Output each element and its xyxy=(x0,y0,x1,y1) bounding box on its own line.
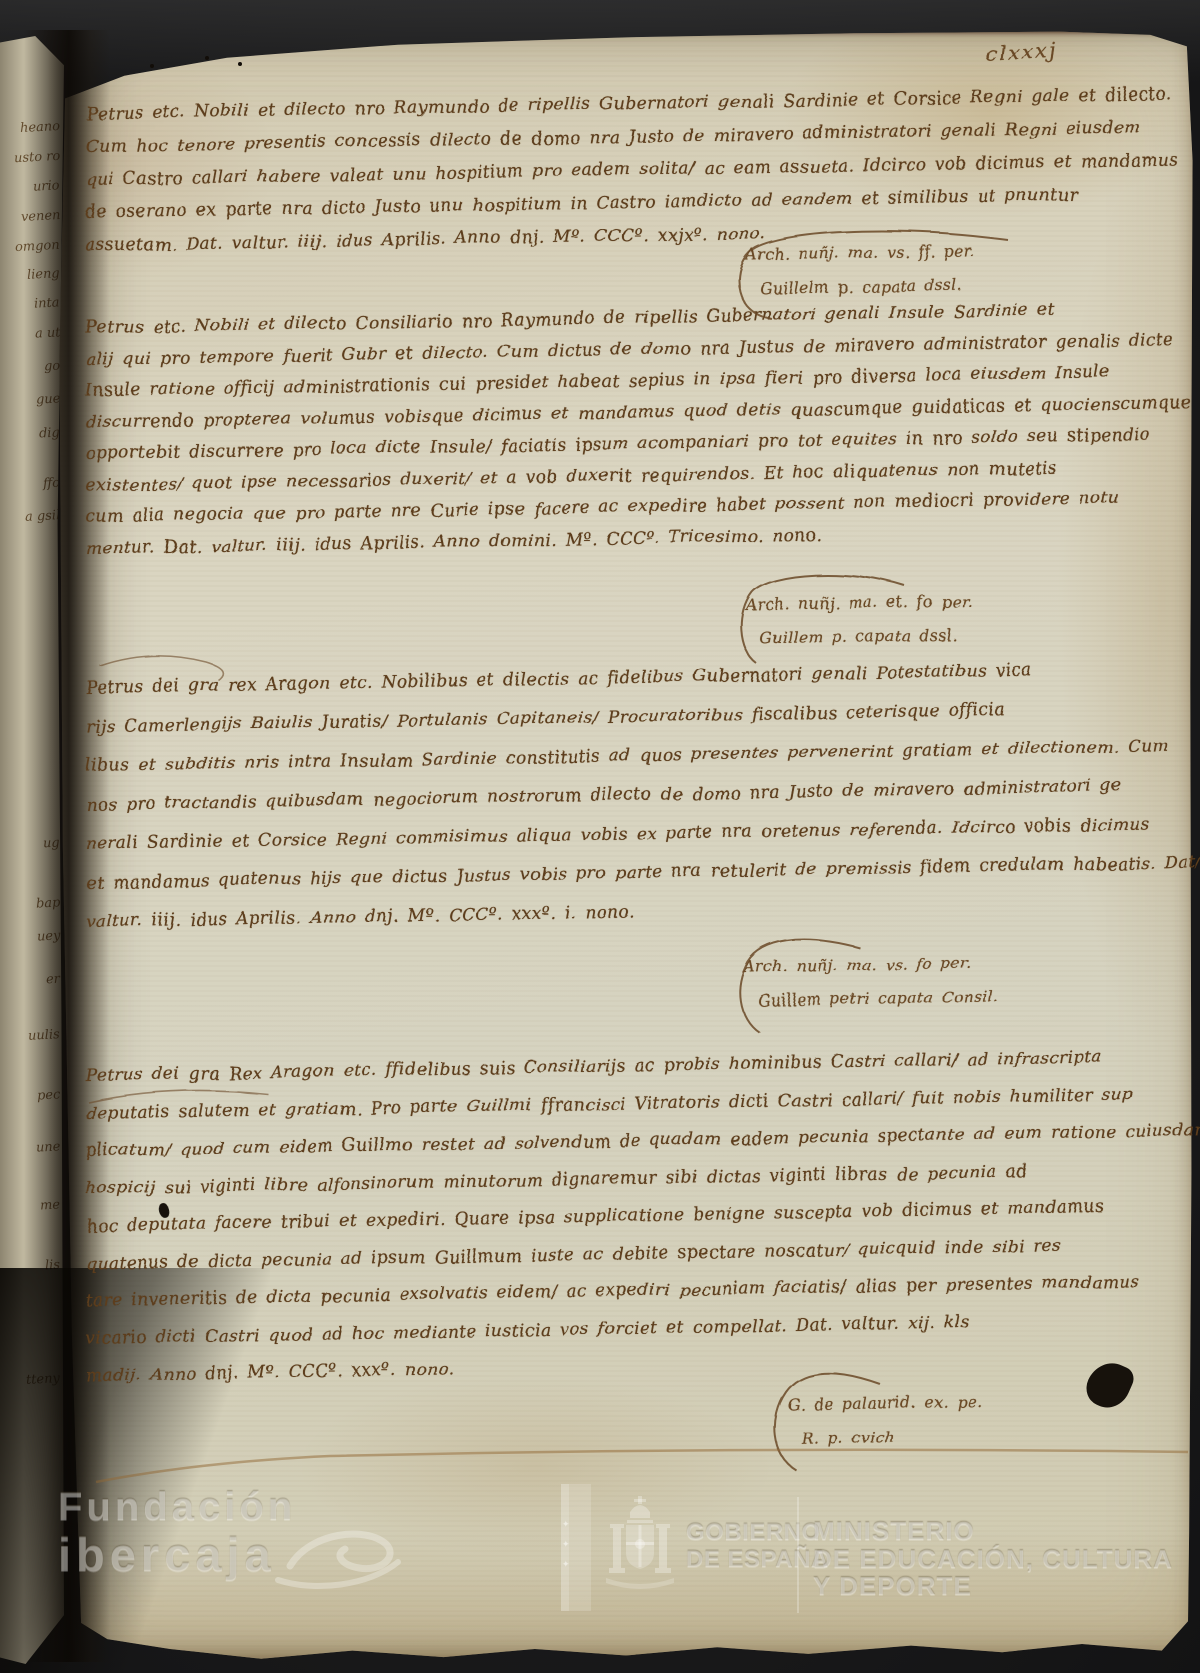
watermark-ministerio: MINISTERIO DE EDUCACIÓN, CULTURA Y DEPOR… xyxy=(813,1518,1173,1601)
watermark-ministerio-line1: MINISTERIO xyxy=(813,1518,1173,1546)
watermark-divider xyxy=(797,1497,799,1613)
manuscript-entry: Petrus etc. Nobili et dilecto nro Raymun… xyxy=(86,104,1164,269)
chancery-note: Arch. nuñj. ma. et. fo per.Guillem p. ca… xyxy=(746,596,972,664)
chancery-note: Arch. nuñj. ma. vs. fo per.Guillem petri… xyxy=(744,958,998,1026)
photo-background: heanousto rouriovenenomgonliengintaa utg… xyxy=(0,0,1200,1673)
chancery-note-line: Guillem petri capata Consil. xyxy=(744,987,999,1026)
chancery-note-line: Arch. nuñj. ma. vs. fo per. xyxy=(744,953,999,992)
folio-number: clxxxj xyxy=(984,38,1058,66)
chancery-note-line: R. p. cvich xyxy=(788,1426,983,1464)
chancery-note-line: Guillem p. capata dssl. xyxy=(746,626,973,664)
manuscript-entry: Petrus dei gra Rex Aragon etc. ffidelibu… xyxy=(86,1066,1164,1404)
watermark-gobierno: GOBIERNO DE ESPAÑA xyxy=(686,1519,829,1573)
paper-speck xyxy=(238,62,242,66)
watermark-ibercaja-line1: Fundación xyxy=(58,1486,296,1528)
watermark-gobierno-line1: GOBIERNO xyxy=(686,1519,829,1546)
paper-speck xyxy=(150,64,154,68)
chancery-note-line: G. de palaurid. ex. pe. xyxy=(788,1392,983,1430)
ibercaja-swirl-icon xyxy=(272,1518,404,1602)
manuscript-entry: Petrus etc. Nobili et dilecto Consiliari… xyxy=(86,318,1164,570)
watermark-ibercaja: Fundación ibercaja xyxy=(58,1486,296,1580)
manuscript-ink-layer: clxxxj Petrus etc. Nobili et dilecto nro… xyxy=(0,0,1200,1673)
chancery-note-line: Arch. nuñj. ma. et. fo per. xyxy=(746,592,973,630)
watermark-ministerio-line3: Y DEPORTE xyxy=(813,1573,1173,1601)
watermark-ministerio-line2: DE EDUCACIÓN, CULTURA xyxy=(813,1546,1173,1574)
manuscript-entry: Petrus dei gra rex Aragon etc. Nobilibus… xyxy=(86,678,1164,951)
spain-coat-of-arms-icon xyxy=(600,1494,680,1604)
watermark-ibercaja-line2: ibercaja xyxy=(58,1530,296,1580)
watermark-gobierno-line2: DE ESPAÑA xyxy=(686,1546,829,1573)
chancery-note-line: Arch. nuñj. ma. vs. ff. per. xyxy=(746,242,975,280)
chancery-note: G. de palaurid. ex. pe.R. p. cvich xyxy=(788,1396,982,1464)
paper-speck xyxy=(205,56,209,60)
flag-strip: ✦✦✦ xyxy=(561,1484,591,1611)
